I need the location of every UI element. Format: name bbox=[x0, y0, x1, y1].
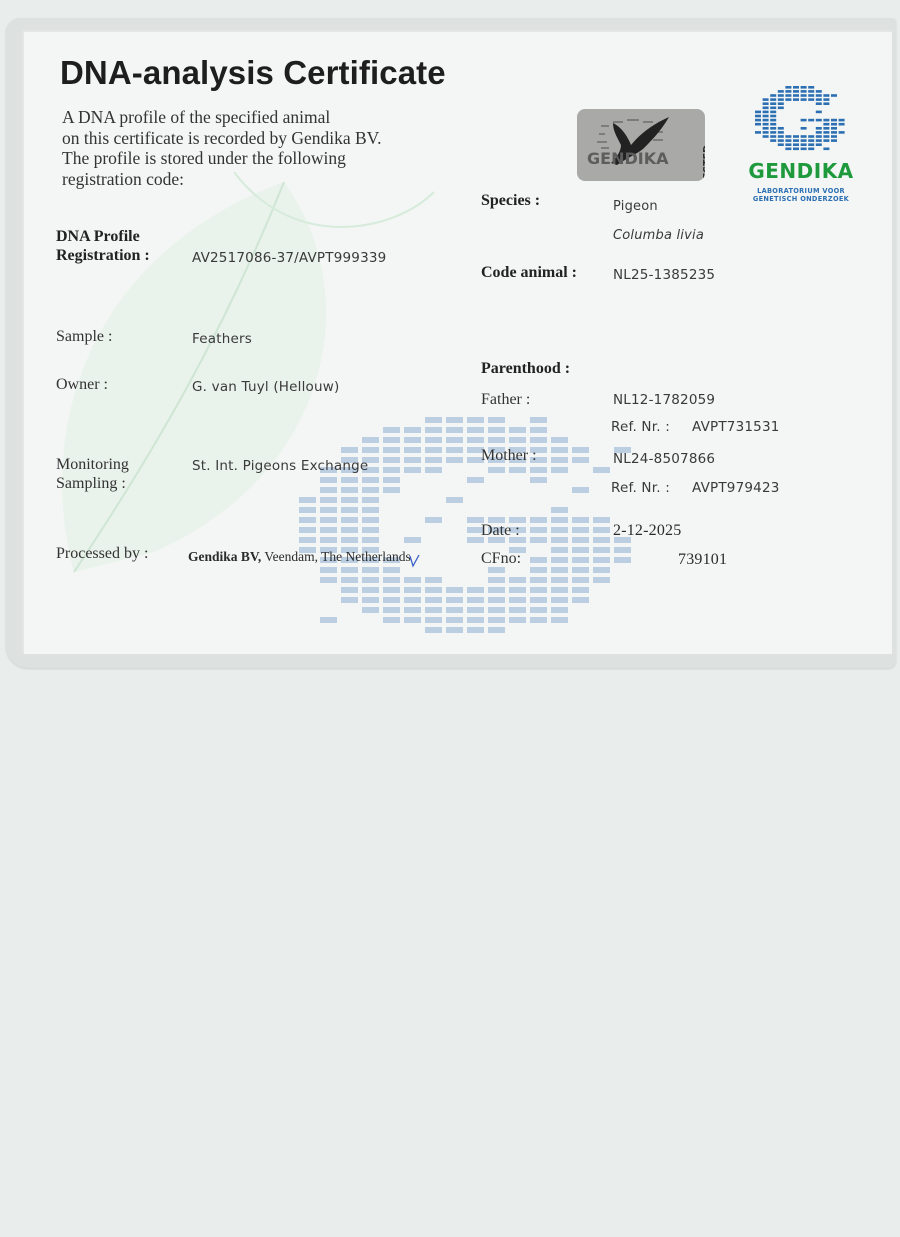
mother-ref-value: AVPT979423 bbox=[692, 480, 780, 496]
processed-label: Processed by : bbox=[56, 545, 148, 563]
badge-vertical-text: DNA TESTED bbox=[702, 145, 705, 181]
parenthood-label: Parenthood : bbox=[481, 360, 570, 378]
father-ref-value: AVPT731531 bbox=[692, 419, 780, 435]
badge-word: GENDIKA bbox=[587, 149, 668, 168]
code-animal-label: Code animal : bbox=[481, 264, 577, 282]
intro-line: on this certificate is recorded by Gendi… bbox=[62, 128, 422, 149]
species-value: Pigeon bbox=[613, 199, 658, 214]
cfno-label: CFno: bbox=[481, 550, 521, 568]
registration-label: DNA Profile Registration : bbox=[56, 227, 150, 265]
intro-line: registration code: bbox=[62, 169, 422, 190]
monitoring-value: St. Int. Pigeons Exchange bbox=[192, 458, 368, 474]
certificate-intro: A DNA profile of the specified animal on… bbox=[62, 107, 422, 189]
date-value: 2-12-2025 bbox=[613, 522, 681, 540]
dna-g-watermark-icon bbox=[299, 417, 639, 637]
certificate-card: DNA-analysis Certificate A DNA profile o… bbox=[22, 30, 892, 654]
code-animal-value: NL25-1385235 bbox=[613, 267, 715, 283]
species-label: Species : bbox=[481, 192, 540, 210]
logo-subtitle-line: GENETISCH ONDERZOEK bbox=[742, 195, 860, 203]
sample-label: Sample : bbox=[56, 328, 112, 346]
owner-value: G. van Tuyl (Hellouw) bbox=[192, 379, 340, 395]
certificate-title: DNA-analysis Certificate bbox=[60, 54, 446, 92]
pen-mark-icon bbox=[408, 554, 422, 568]
dna-g-mark-icon bbox=[755, 86, 847, 152]
intro-line: A DNA profile of the specified animal bbox=[62, 107, 422, 128]
logo-subtitle: LABORATORIUM VOOR GENETISCH ONDERZOEK bbox=[742, 187, 860, 203]
species-latin: Columba livia bbox=[613, 228, 704, 243]
processed-value: Gendika BV, Veendam, The Netherlands bbox=[188, 549, 411, 565]
logo-subtitle-line: LABORATORIUM VOOR bbox=[742, 187, 860, 195]
intro-line: The profile is stored under the followin… bbox=[62, 148, 422, 169]
father-value: NL12-1782059 bbox=[613, 392, 715, 408]
owner-label: Owner : bbox=[56, 376, 108, 394]
father-ref-label: Ref. Nr. : bbox=[611, 419, 670, 435]
logo-brand: GENDIKA bbox=[742, 159, 860, 183]
mother-ref-label: Ref. Nr. : bbox=[611, 480, 670, 496]
mother-value: NL24-8507866 bbox=[613, 451, 715, 467]
registration-value: AV2517086-37/AVPT999339 bbox=[192, 250, 386, 266]
father-label: Father : bbox=[481, 391, 530, 409]
gendika-logo: GENDIKA LABORATORIUM VOOR GENETISCH ONDE… bbox=[742, 86, 860, 203]
sample-value: Feathers bbox=[192, 331, 252, 347]
dna-tested-badge: GENDIKA DNA TESTED bbox=[577, 109, 705, 181]
date-label: Date : bbox=[481, 522, 520, 540]
mother-label: Mother : bbox=[481, 447, 537, 465]
cfno-value: 739101 bbox=[678, 551, 727, 569]
monitoring-label: Monitoring Sampling : bbox=[56, 455, 129, 493]
